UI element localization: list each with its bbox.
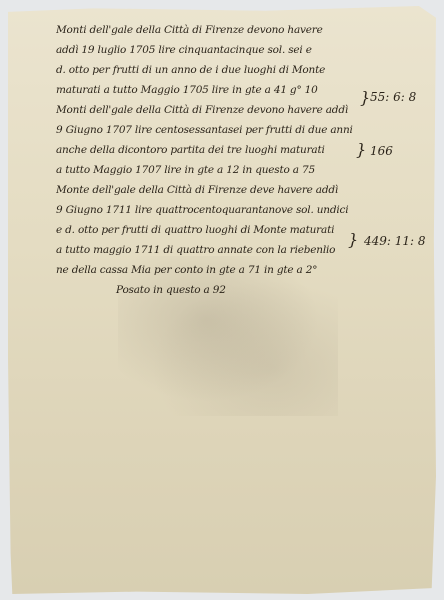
paper-sheet: Monti dell'gale della Città di Firenze d… bbox=[8, 6, 436, 594]
entry-3-line-2: 9 Giugno 1711 lire quattrocentoquarantan… bbox=[56, 200, 386, 220]
entry-3-line-4: a tutto maggio 1711 di quattro annate co… bbox=[56, 240, 386, 260]
entry-1-line-2: addì 19 luglio 1705 lire cinquantacinque… bbox=[56, 40, 386, 60]
entry-3-amount: 449: 11: 8 bbox=[364, 234, 426, 248]
entry-3-line-1: Monte dell'gale della Città di Firenze d… bbox=[56, 180, 386, 200]
entry-2-amount: 166 bbox=[370, 144, 393, 158]
entry-1-line-1: Monti dell'gale della Città di Firenze d… bbox=[56, 20, 386, 40]
entry-3-bracket: } bbox=[348, 230, 358, 249]
entry-1-bracket: } bbox=[360, 88, 370, 107]
entry-3-line-5: ne della cassa Mia per conto in gte a 71… bbox=[56, 260, 386, 280]
entry-1-line-4: maturati a tutto Maggio 1705 lire in gte… bbox=[56, 80, 386, 100]
entry-2-bracket: } bbox=[356, 140, 366, 159]
entry-1-line-3: d. otto per frutti di un anno de i due l… bbox=[56, 60, 386, 80]
entry-3-line-3: e d. otto per frutti di quattro luoghi d… bbox=[56, 220, 386, 240]
entry-2-line-3: anche della dicontoro partita dei tre lu… bbox=[56, 140, 386, 160]
handwritten-text-block: Monti dell'gale della Città di Firenze d… bbox=[56, 20, 386, 300]
entry-2-line-2: 9 Giugno 1707 lire centosessantasei per … bbox=[56, 120, 386, 140]
footer-line: Posato in questo a 92 bbox=[56, 280, 386, 300]
entry-2-line-1: Monti dell'gale della Città di Firenze d… bbox=[56, 100, 386, 120]
entry-1-amount: 55: 6: 8 bbox=[370, 90, 416, 104]
entry-2-line-4: a tutto Maggio 1707 lire in gte a 12 in … bbox=[56, 160, 386, 180]
